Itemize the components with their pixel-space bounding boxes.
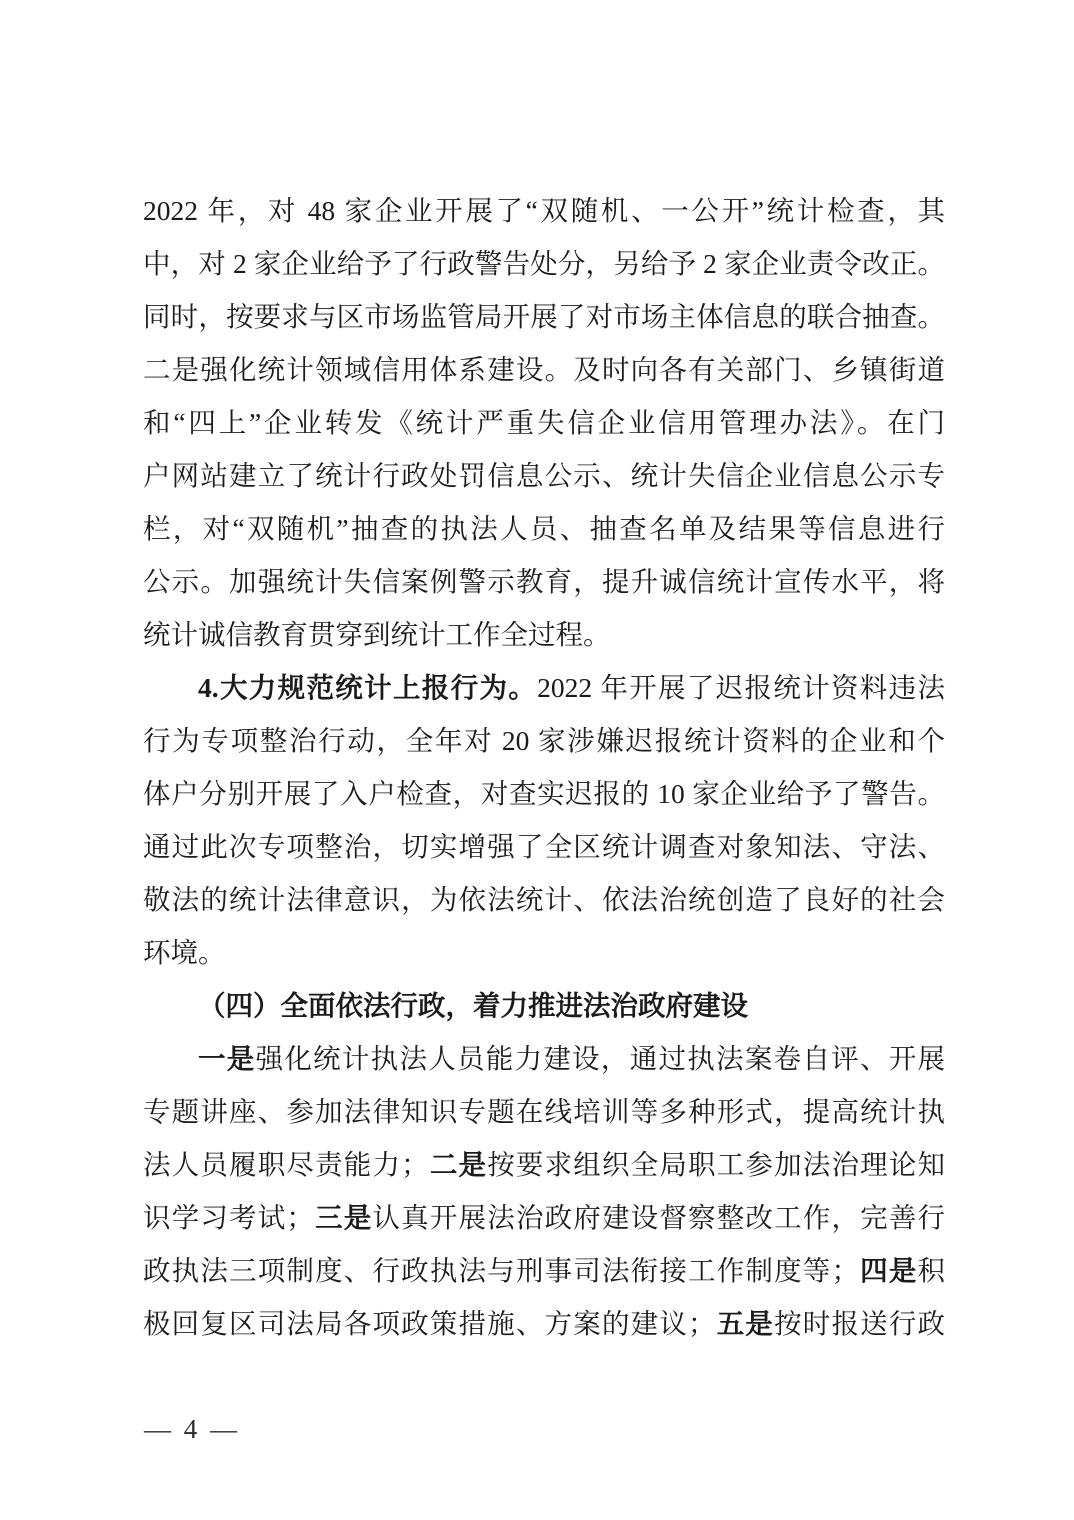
bold-text-run: 四是 (859, 1255, 918, 1286)
text-run: 环境。 (143, 937, 226, 968)
text-run: 体户分别开展了入户检查，对查实迟报的 10 家企业给予了警告。 (143, 778, 945, 809)
text-line: 4.大力规范统计上报行为。2022 年开展了迟报统计资料违法 (143, 661, 945, 714)
text-line: 2022 年，对 48 家企业开展了“双随机、一公开”统计检查，其 (143, 184, 945, 237)
text-line: 户网站建立了统计行政处罚信息公示、统计失信企业信息公示专 (143, 449, 945, 502)
text-run: 认真开展法治政府建设督察整改工作，完善行 (373, 1202, 946, 1233)
text-line: （四）全面依法行政，着力推进法治政府建设 (143, 979, 945, 1032)
text-run: 2022 年开展了迟报统计资料违法 (537, 672, 945, 703)
text-line: 极回复区司法局各项政策措施、方案的建议；五是按时报送行政 (143, 1297, 945, 1350)
text-run: 栏，对“双随机”抽查的执法人员、抽查名单及结果等信息进行 (143, 513, 945, 544)
text-line: 一是强化统计执法人员能力建设，通过执法案卷自评、开展 (143, 1032, 945, 1085)
text-run: 政执法三项制度、行政执法与刑事司法衔接工作制度等； (143, 1255, 859, 1286)
text-line: 专题讲座、参加法律知识专题在线培训等多种形式，提高统计执 (143, 1085, 945, 1138)
text-run: 按要求组织全局职工参加法治理论知 (487, 1149, 945, 1180)
text-line: 环境。 (143, 926, 945, 979)
document-page: 2022 年，对 48 家企业开展了“双随机、一公开”统计检查，其中，对 2 家… (0, 0, 1074, 1520)
bold-text-run: （四）全面依法行政，着力推进法治政府建设 (198, 990, 748, 1021)
bold-text-run: 二是 (429, 1149, 488, 1180)
text-run: 2022 年，对 48 家企业开展了“双随机、一公开”统计检查，其 (143, 195, 945, 226)
text-run: 和“四上”企业转发《统计严重失信企业信用管理办法》。在门 (143, 407, 945, 438)
bold-text-run: 三是 (314, 1202, 373, 1233)
text-run: 积 (918, 1255, 945, 1286)
paragraph-item-4-late-reporting: 4.大力规范统计上报行为。2022 年开展了迟报统计资料违法行为专项整治行动，全… (143, 661, 945, 979)
text-line: 体户分别开展了入户检查，对查实迟报的 10 家企业给予了警告。 (143, 767, 945, 820)
heading-section-four: （四）全面依法行政，着力推进法治政府建设 (143, 979, 945, 1032)
text-run: 统计诚信教育贯穿到统计工作全过程。 (143, 619, 611, 650)
text-line: 栏，对“双随机”抽查的执法人员、抽查名单及结果等信息进行 (143, 502, 945, 555)
text-line: 统计诚信教育贯穿到统计工作全过程。 (143, 608, 945, 661)
text-line: 通过此次专项整治，切实增强了全区统计调查对象知法、守法、 (143, 820, 945, 873)
text-run: 按时报送行政 (774, 1308, 945, 1339)
text-run: 二是强化统计领域信用体系建设。及时向各有关部门、乡镇街道 (143, 354, 945, 385)
text-run: 通过此次专项整治，切实增强了全区统计调查对象知法、守法、 (143, 831, 945, 862)
text-run: 中，对 2 家企业给予了行政警告处分，另给予 2 家企业责令改正。 (143, 248, 945, 279)
text-line: 同时，按要求与区市场监管局开展了对市场主体信息的联合抽查。 (143, 290, 945, 343)
text-run: 识学习考试； (143, 1202, 314, 1233)
text-run: 同时，按要求与区市场监管局开展了对市场主体信息的联合抽查。 (143, 301, 945, 332)
text-run: 敬法的统计法律意识，为依法统计、依法治统创造了良好的社会 (143, 884, 945, 915)
document-body: 2022 年，对 48 家企业开展了“双随机、一公开”统计检查，其中，对 2 家… (143, 184, 945, 1350)
text-run: 极回复区司法局各项政策措施、方案的建议； (143, 1308, 716, 1339)
text-run: 公示。加强统计失信案例警示教育，提升诚信统计宣传水平，将 (143, 566, 945, 597)
text-line: 敬法的统计法律意识，为依法统计、依法治统创造了良好的社会 (143, 873, 945, 926)
paragraph-law-enforcement-continued: 2022 年，对 48 家企业开展了“双随机、一公开”统计检查，其中，对 2 家… (143, 184, 945, 661)
paragraph-five-measures: 一是强化统计执法人员能力建设，通过执法案卷自评、开展专题讲座、参加法律知识专题在… (143, 1032, 945, 1350)
text-line: 和“四上”企业转发《统计严重失信企业信用管理办法》。在门 (143, 396, 945, 449)
text-run: 强化统计执法人员能力建设，通过执法案卷自评、开展 (256, 1043, 945, 1074)
text-line: 二是强化统计领域信用体系建设。及时向各有关部门、乡镇街道 (143, 343, 945, 396)
text-run: 专题讲座、参加法律知识专题在线培训等多种形式，提高统计执 (143, 1096, 945, 1127)
bold-text-run: 4.大力规范统计上报行为。 (198, 672, 537, 703)
text-line: 识学习考试；三是认真开展法治政府建设督察整改工作，完善行 (143, 1191, 945, 1244)
text-run: 行为专项整治行动，全年对 20 家涉嫌迟报统计资料的企业和个 (143, 725, 945, 756)
text-line: 法人员履职尽责能力；二是按要求组织全局职工参加法治理论知 (143, 1138, 945, 1191)
text-line: 公示。加强统计失信案例警示教育，提升诚信统计宣传水平，将 (143, 555, 945, 608)
text-run: 法人员履职尽责能力； (143, 1149, 429, 1180)
text-line: 行为专项整治行动，全年对 20 家涉嫌迟报统计资料的企业和个 (143, 714, 945, 767)
text-run: 户网站建立了统计行政处罚信息公示、统计失信企业信息公示专 (143, 460, 945, 491)
bold-text-run: 一是 (198, 1043, 256, 1074)
bold-text-run: 五是 (716, 1308, 775, 1339)
page-number: — 4 — (144, 1411, 237, 1447)
text-line: 中，对 2 家企业给予了行政警告处分，另给予 2 家企业责令改正。 (143, 237, 945, 290)
text-line: 政执法三项制度、行政执法与刑事司法衔接工作制度等；四是积 (143, 1244, 945, 1297)
